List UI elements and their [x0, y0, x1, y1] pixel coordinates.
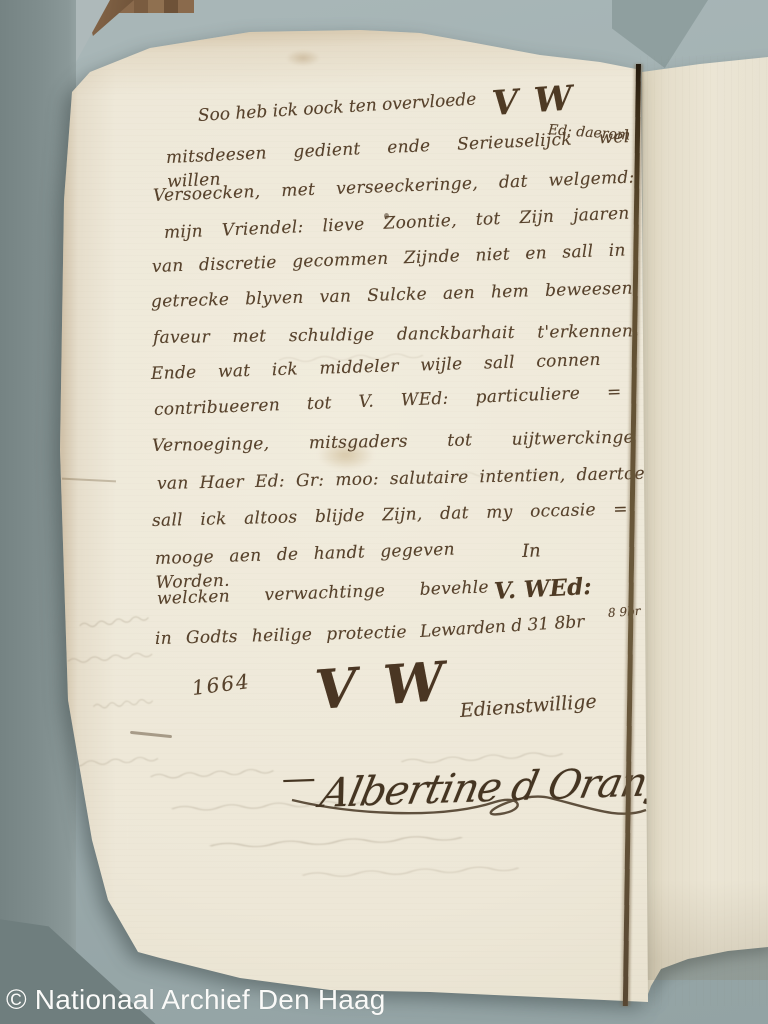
- closing-monogram: V W: [313, 649, 450, 722]
- paper-stain: [286, 50, 320, 66]
- archive-watermark: © Nationaal Archief Den Haag: [6, 984, 386, 1016]
- letter-line-1-monogram: V W: [491, 78, 576, 124]
- signature-flourish: [290, 780, 650, 826]
- letter-line-13-end: In: [522, 540, 541, 562]
- paper-left-aging: [56, 60, 120, 970]
- letter-page: Soo heb ick oock ten overvloede V W Ed: …: [0, 0, 768, 1024]
- letter-line-14-monogram: V. WEd:: [493, 573, 592, 605]
- place-date-superscript: 8 9br: [608, 604, 641, 620]
- archive-photo-of-letter: Soo heb ick oock ten overvloede V W Ed: …: [0, 0, 768, 1024]
- letter-page-wrap: Soo heb ick oock ten overvloede V W Ed: …: [0, 0, 768, 1024]
